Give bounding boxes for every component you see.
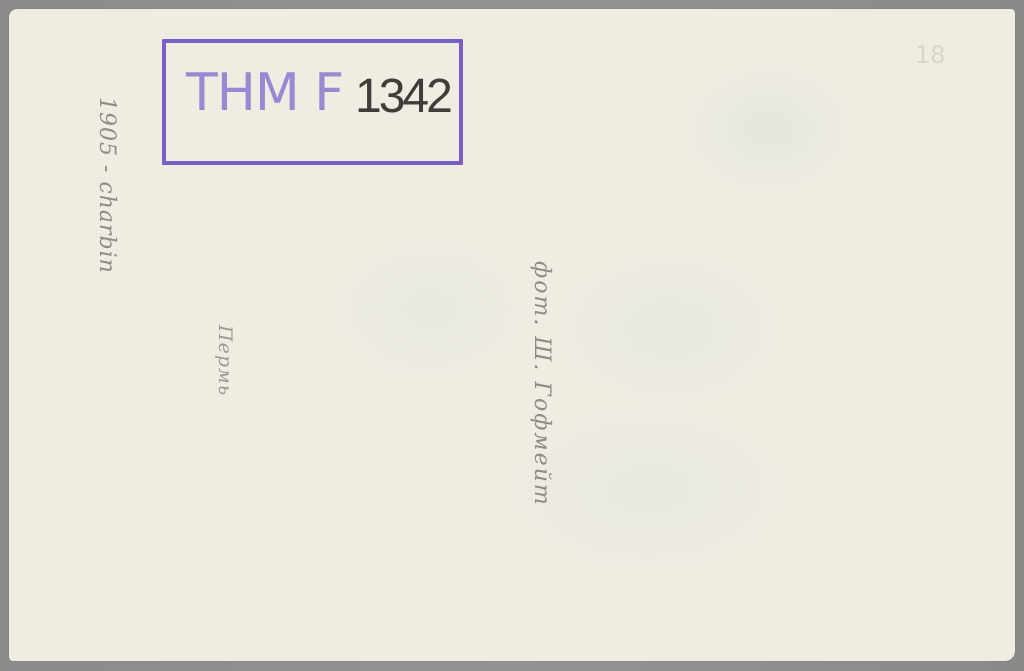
archive-stamp: THM F 1342 — [162, 39, 463, 165]
stamp-prefix: THM F — [186, 63, 343, 123]
stamp-inventory-number: 1342 — [355, 69, 450, 124]
handwritten-author-note: фот. Ш. Гофмейт — [529, 261, 554, 507]
faint-corner-mark: 18 — [915, 41, 946, 69]
handwritten-date-note: 1905 - charbin — [94, 97, 119, 274]
photo-card-back: THM F 1342 1905 - charbin Пермь фот. Ш. … — [9, 9, 1015, 661]
handwritten-place-note: Пермь — [214, 325, 236, 396]
